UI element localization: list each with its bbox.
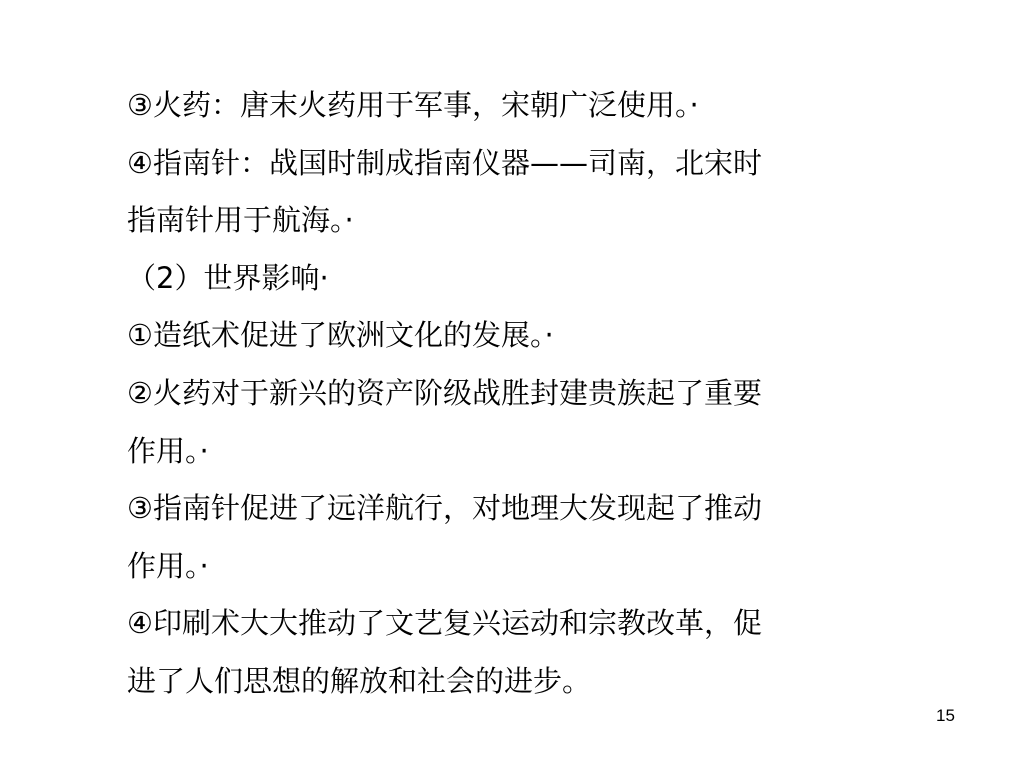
text-line-compass-china: ④指南针：战国时制成指南仪器——司南，北宋时 [127, 140, 897, 198]
text-line-compass-impact: ③指南针促进了远洋航行，对地理大发现起了推动 [127, 485, 897, 543]
text-line-compass-china-cont: 指南针用于航海。· [127, 197, 897, 255]
text-line-papermaking-impact: ①造纸术促进了欧洲文化的发展。· [127, 312, 897, 370]
text-line-printing-impact: ④印刷术大大推动了文艺复兴运动和宗教改革，促 [127, 600, 897, 658]
text-line-gunpowder-china: ③火药：唐末火药用于军事，宋朝广泛使用。· [127, 82, 897, 140]
page-number: 15 [936, 706, 955, 726]
slide-body-text: ③火药：唐末火药用于军事，宋朝广泛使用。· ④指南针：战国时制成指南仪器——司南… [127, 82, 897, 716]
text-line-printing-impact-cont: 进了人们思想的解放和社会的进步。 [127, 658, 897, 716]
text-line-gunpowder-impact: ②火药对于新兴的资产阶级战胜封建贵族起了重要 [127, 370, 897, 428]
section-heading-world-impact: （2）世界影响· [127, 255, 897, 313]
text-line-compass-impact-cont: 作用。· [127, 543, 897, 601]
text-line-gunpowder-impact-cont: 作用。· [127, 428, 897, 486]
